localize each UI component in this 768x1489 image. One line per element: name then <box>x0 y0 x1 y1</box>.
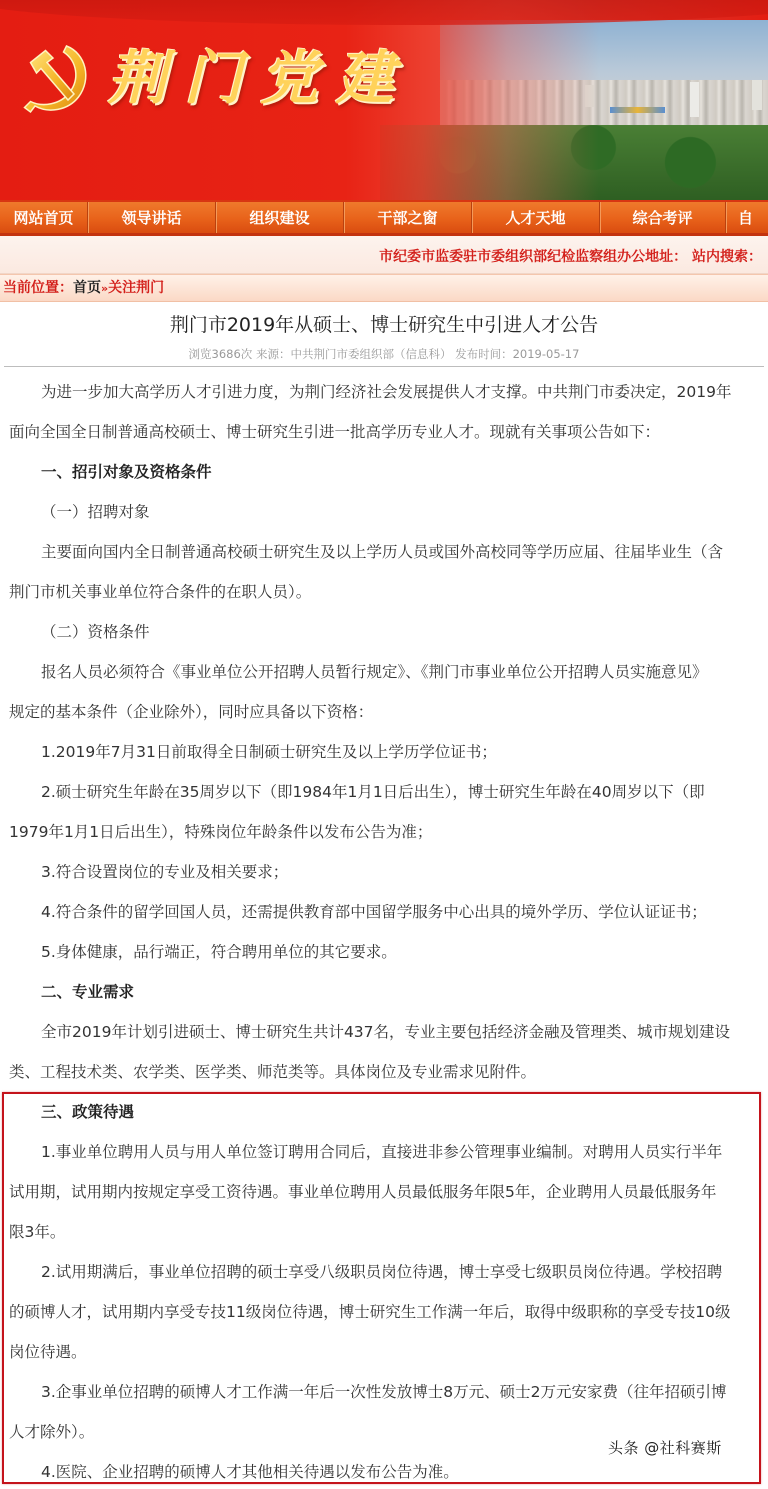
nav-item-more[interactable]: 自 <box>726 202 768 233</box>
breadcrumb-current-link[interactable]: 关注荆门 <box>108 280 164 296</box>
paragraph-intro-cont: 面向全国全日制普通高校硕士、博士研究生引进一批高学历专业人才。现就有关事项公告如… <box>9 412 761 452</box>
section-heading-1: 一、招引对象及资格条件 <box>9 452 761 492</box>
paragraph-qualifications-cont: 规定的基本条件（企业除外），同时应具备以下资格： <box>9 692 761 732</box>
party-emblem-icon <box>20 40 95 115</box>
article-title: 荆门市2019年从硕士、博士研究生中引进人才公告 <box>0 312 768 338</box>
paragraph-qualifications: 报名人员必须符合《事业单位公开招聘人员暂行规定》、《荆门市事业单位公开招聘人员实… <box>9 652 761 692</box>
site-logo-text[interactable]: 荆门党建 <box>108 38 412 118</box>
paragraph-intro: 为进一步加大高学历人才引进力度，为荆门经济社会发展提供人才支撑。中共荆门市委决定… <box>9 372 761 412</box>
nav-item-leader-speech[interactable]: 领导讲话 <box>88 202 216 233</box>
nav-item-evaluation[interactable]: 综合考评 <box>600 202 726 233</box>
breadcrumb-label: 当前位置： <box>3 280 73 296</box>
nav-item-talent[interactable]: 人才天地 <box>472 202 600 233</box>
notice-marquee-text[interactable]: 市纪委市监委驻市委组织部纪检监察组办公地址： 站内搜索： <box>379 246 762 266</box>
nav-item-home[interactable]: 网站首页 <box>0 202 88 233</box>
paragraph-target: 主要面向国内全日制普通高校硕士研究生及以上学历人员或国外高校同等学历应届、往届毕… <box>9 532 761 572</box>
nav-item-cadre-window[interactable]: 干部之窗 <box>344 202 472 233</box>
main-nav: 网站首页 领导讲话 组织建设 干部之窗 人才天地 综合考评 自 <box>0 200 768 236</box>
breadcrumb-home-link[interactable]: 首页 <box>73 280 101 296</box>
divider <box>4 366 764 367</box>
subheading-recruit-target: （一）招聘对象 <box>9 492 761 532</box>
list-item-qual-1: 1.2019年7月31日前取得全日制硕士研究生及以上学历学位证书； <box>9 732 761 772</box>
watermark: 头条 @社科赛斯 <box>608 1437 722 1458</box>
notice-bar: 市纪委市监委驻市委组织部纪检监察组办公地址： 站内搜索： <box>0 236 768 274</box>
list-item-qual-2-cont: 1979年1月1日后出生），特殊岗位年龄条件以发布公告为准； <box>9 812 761 852</box>
list-item-qual-3: 3.符合设置岗位的专业及相关要求； <box>9 852 761 892</box>
paragraph-target-cont: 荆门市机关事业单位符合条件的在职人员）。 <box>9 572 761 612</box>
section-heading-2: 二、专业需求 <box>9 972 761 1012</box>
site-banner: 荆门党建 <box>0 0 768 200</box>
paragraph-majors-cont: 类、工程技术类、农学类、医学类、师范类等。具体岗位及专业需求见附件。 <box>9 1052 761 1092</box>
breadcrumb: 当前位置：首页»关注荆门 <box>0 274 768 302</box>
paragraph-majors: 全市2019年计划引进硕士、博士研究生共计437名，专业主要包括经济金融及管理类… <box>9 1012 761 1052</box>
list-item-qual-5: 5.身体健康，品行端正，符合聘用单位的其它要求。 <box>9 932 761 972</box>
list-item-qual-2: 2.硕士研究生年龄在35周岁以下（即1984年1月1日后出生），博士研究生年龄在… <box>9 772 761 812</box>
nav-item-organization[interactable]: 组织建设 <box>216 202 344 233</box>
article-meta: 浏览3686次 来源：中共荆门市委组织部（信息科） 发布时间：2019-05-1… <box>0 346 768 362</box>
list-item-qual-4: 4.符合条件的留学回国人员，还需提供教育部中国留学服务中心出具的境外学历、学位认… <box>9 892 761 932</box>
subheading-qualifications: （二）资格条件 <box>9 612 761 652</box>
highlight-annotation-box <box>2 1092 761 1484</box>
